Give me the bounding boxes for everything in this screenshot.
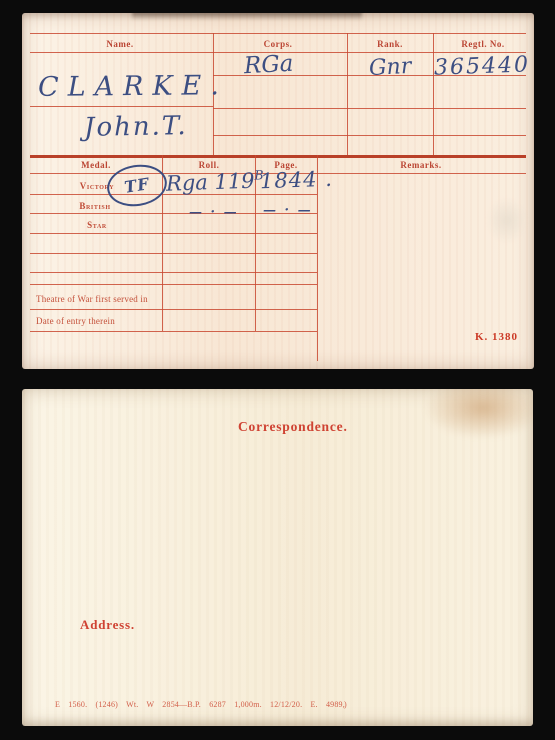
- rank-column-header: Rank.: [377, 39, 403, 49]
- regtl-no-column-header: Regtl. No.: [461, 39, 504, 49]
- handwritten-rank: Gnr: [368, 54, 412, 81]
- remarks-column-header: Remarks.: [400, 160, 441, 170]
- paper-stain: [423, 389, 533, 439]
- handwritten-forenames: John.T.: [84, 111, 188, 143]
- rule-line-v: [347, 33, 348, 155]
- rule-line-h: [213, 135, 526, 136]
- correspondence-heading: Correspondence.: [238, 419, 348, 435]
- medal-row-british: British: [79, 201, 110, 211]
- card-edge-smudge: [132, 13, 362, 20]
- handwritten-page-entry: 1844 .: [260, 167, 334, 194]
- card-reference-stamp: K. 1380: [475, 331, 518, 343]
- printer-imprint-line: E 1560. (1246) Wt. W 2854—B.P. 6287 1,00…: [55, 700, 345, 709]
- corps-column-header: Corps.: [264, 39, 293, 49]
- rule-line-h: [30, 309, 317, 310]
- rule-line-h: [30, 272, 317, 273]
- medal-card-back: Correspondence. Address. E 1560. (1246) …: [22, 389, 533, 726]
- rule-line-h: [30, 233, 317, 234]
- handwritten-page-ditto: — · —: [263, 203, 313, 218]
- rule-line-h: [30, 33, 526, 34]
- date-of-entry-label: Date of entry therein: [36, 316, 115, 326]
- tf-annotation-text: TF: [123, 174, 151, 197]
- medal-row-star: Star: [87, 220, 107, 230]
- scanned-medal-card-page: { "colors": { "background": "#0b0b0b", "…: [0, 0, 555, 740]
- address-label: Address.: [80, 617, 135, 633]
- printer-imprint-tail: ): [344, 700, 347, 709]
- handwritten-regtl-no: 365440: [434, 52, 531, 80]
- rule-line-h: [30, 253, 317, 254]
- handwritten-roll-entry: Rga 119B: [166, 167, 265, 195]
- handwritten-roll-ditto: — · —: [189, 205, 239, 220]
- handwritten-corps: RGa: [243, 51, 294, 80]
- rule-line-h: [30, 284, 317, 285]
- rule-line-h: [30, 106, 213, 107]
- rule-line-h: [30, 331, 317, 332]
- rule-line-h-thick: [30, 155, 526, 158]
- medal-card-front: Name. Corps. Rank. Regtl. No. Medal. Rol…: [22, 13, 534, 369]
- rule-line-v: [433, 33, 434, 155]
- theatre-of-war-label: Theatre of War first served in: [36, 294, 148, 304]
- paper-stain: [487, 198, 527, 243]
- rule-line-h: [213, 108, 526, 109]
- roll-entry-main: Rga 119: [166, 169, 255, 196]
- handwritten-tf-annotation: TF: [104, 161, 170, 211]
- handwritten-surname: CLARKE.: [38, 70, 228, 103]
- name-column-header: Name.: [106, 39, 133, 49]
- medal-column-header: Medal.: [81, 160, 111, 170]
